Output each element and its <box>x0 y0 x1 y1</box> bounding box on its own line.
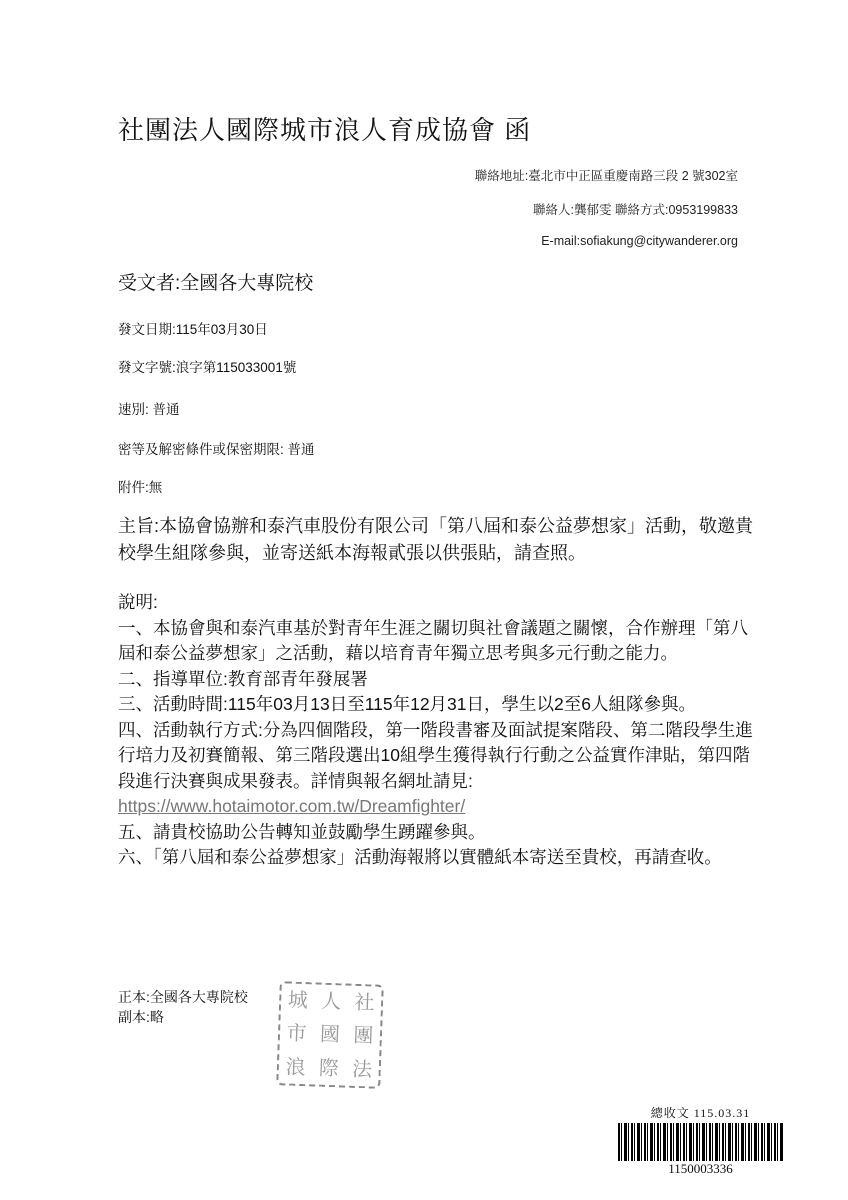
subject: 主旨:本協會協辦和泰汽車股份有限公司「第八屆和泰公益夢想家」活動，敬邀貴校學生組… <box>118 513 758 567</box>
explanation-item-1: 一、本協會與和泰汽車基於對青年生涯之關切與社會議題之關懷，合作辦理「第八屆和泰公… <box>118 616 758 667</box>
document-title: 社團法人國際城市浪人育成協會 函 <box>118 110 531 147</box>
explanation-item-3: 三、活動時間:115年03月13日至115年12月31日，學生以2至6人組隊參與… <box>118 692 758 718</box>
contact-address: 聯絡地址:臺北市中正區重慶南路三段 2 號302室 <box>475 166 738 184</box>
explanation: 說明: 一、本協會與和泰汽車基於對青年生涯之關切與社會議題之關懷，合作辦理「第八… <box>118 590 758 871</box>
attachment: 附件:無 <box>118 476 162 496</box>
original-recipient: 正本:全國各大專院校 <box>118 987 248 1007</box>
copy-recipient: 副本:略 <box>118 1007 248 1027</box>
receipt-stamp: 總收文 115.03.31 1150003336 <box>618 1104 783 1177</box>
contact-person: 聯絡人:龔郁雯 聯絡方式:0953199833 <box>533 200 738 218</box>
issue-date: 發文日期:115年03月30日 <box>118 318 268 338</box>
recipient: 受文者:全國各大專院校 <box>118 268 313 295</box>
organization-seal-icon: 城 人 社 市 國 團 浪 際 法 <box>276 981 384 1089</box>
explanation-item-5: 五、請貴校協助公告轉知並鼓勵學生踴躍參與。 <box>118 820 758 846</box>
registration-link[interactable]: https://www.hotaimotor.com.tw/Dreamfight… <box>118 796 465 816</box>
barcode-icon <box>618 1123 783 1161</box>
explanation-item-2: 二、指導單位:教育部青年發展署 <box>118 667 758 693</box>
contact-email: E-mail:sofiakung@citywanderer.org <box>541 234 738 248</box>
explanation-item-4: 四、活動執行方式:分為四個階段，第一階段書審及面試提案階段、第二階段學生進行培力… <box>118 718 758 795</box>
speed-class: 速別: 普通 <box>118 398 180 418</box>
document-number: 發文字號:浪字第115033001號 <box>118 356 296 376</box>
receipt-number: 1150003336 <box>618 1161 783 1177</box>
receipt-label: 總收文 115.03.31 <box>618 1104 783 1121</box>
distribution: 正本:全國各大專院校 副本:略 <box>118 987 248 1027</box>
explanation-heading: 說明: <box>118 590 758 616</box>
secrecy-level: 密等及解密條件或保密期限: 普通 <box>118 438 315 458</box>
explanation-item-6: 六、「第八屆和泰公益夢想家」活動海報將以實體紙本寄送至貴校，再請查收。 <box>118 845 758 871</box>
